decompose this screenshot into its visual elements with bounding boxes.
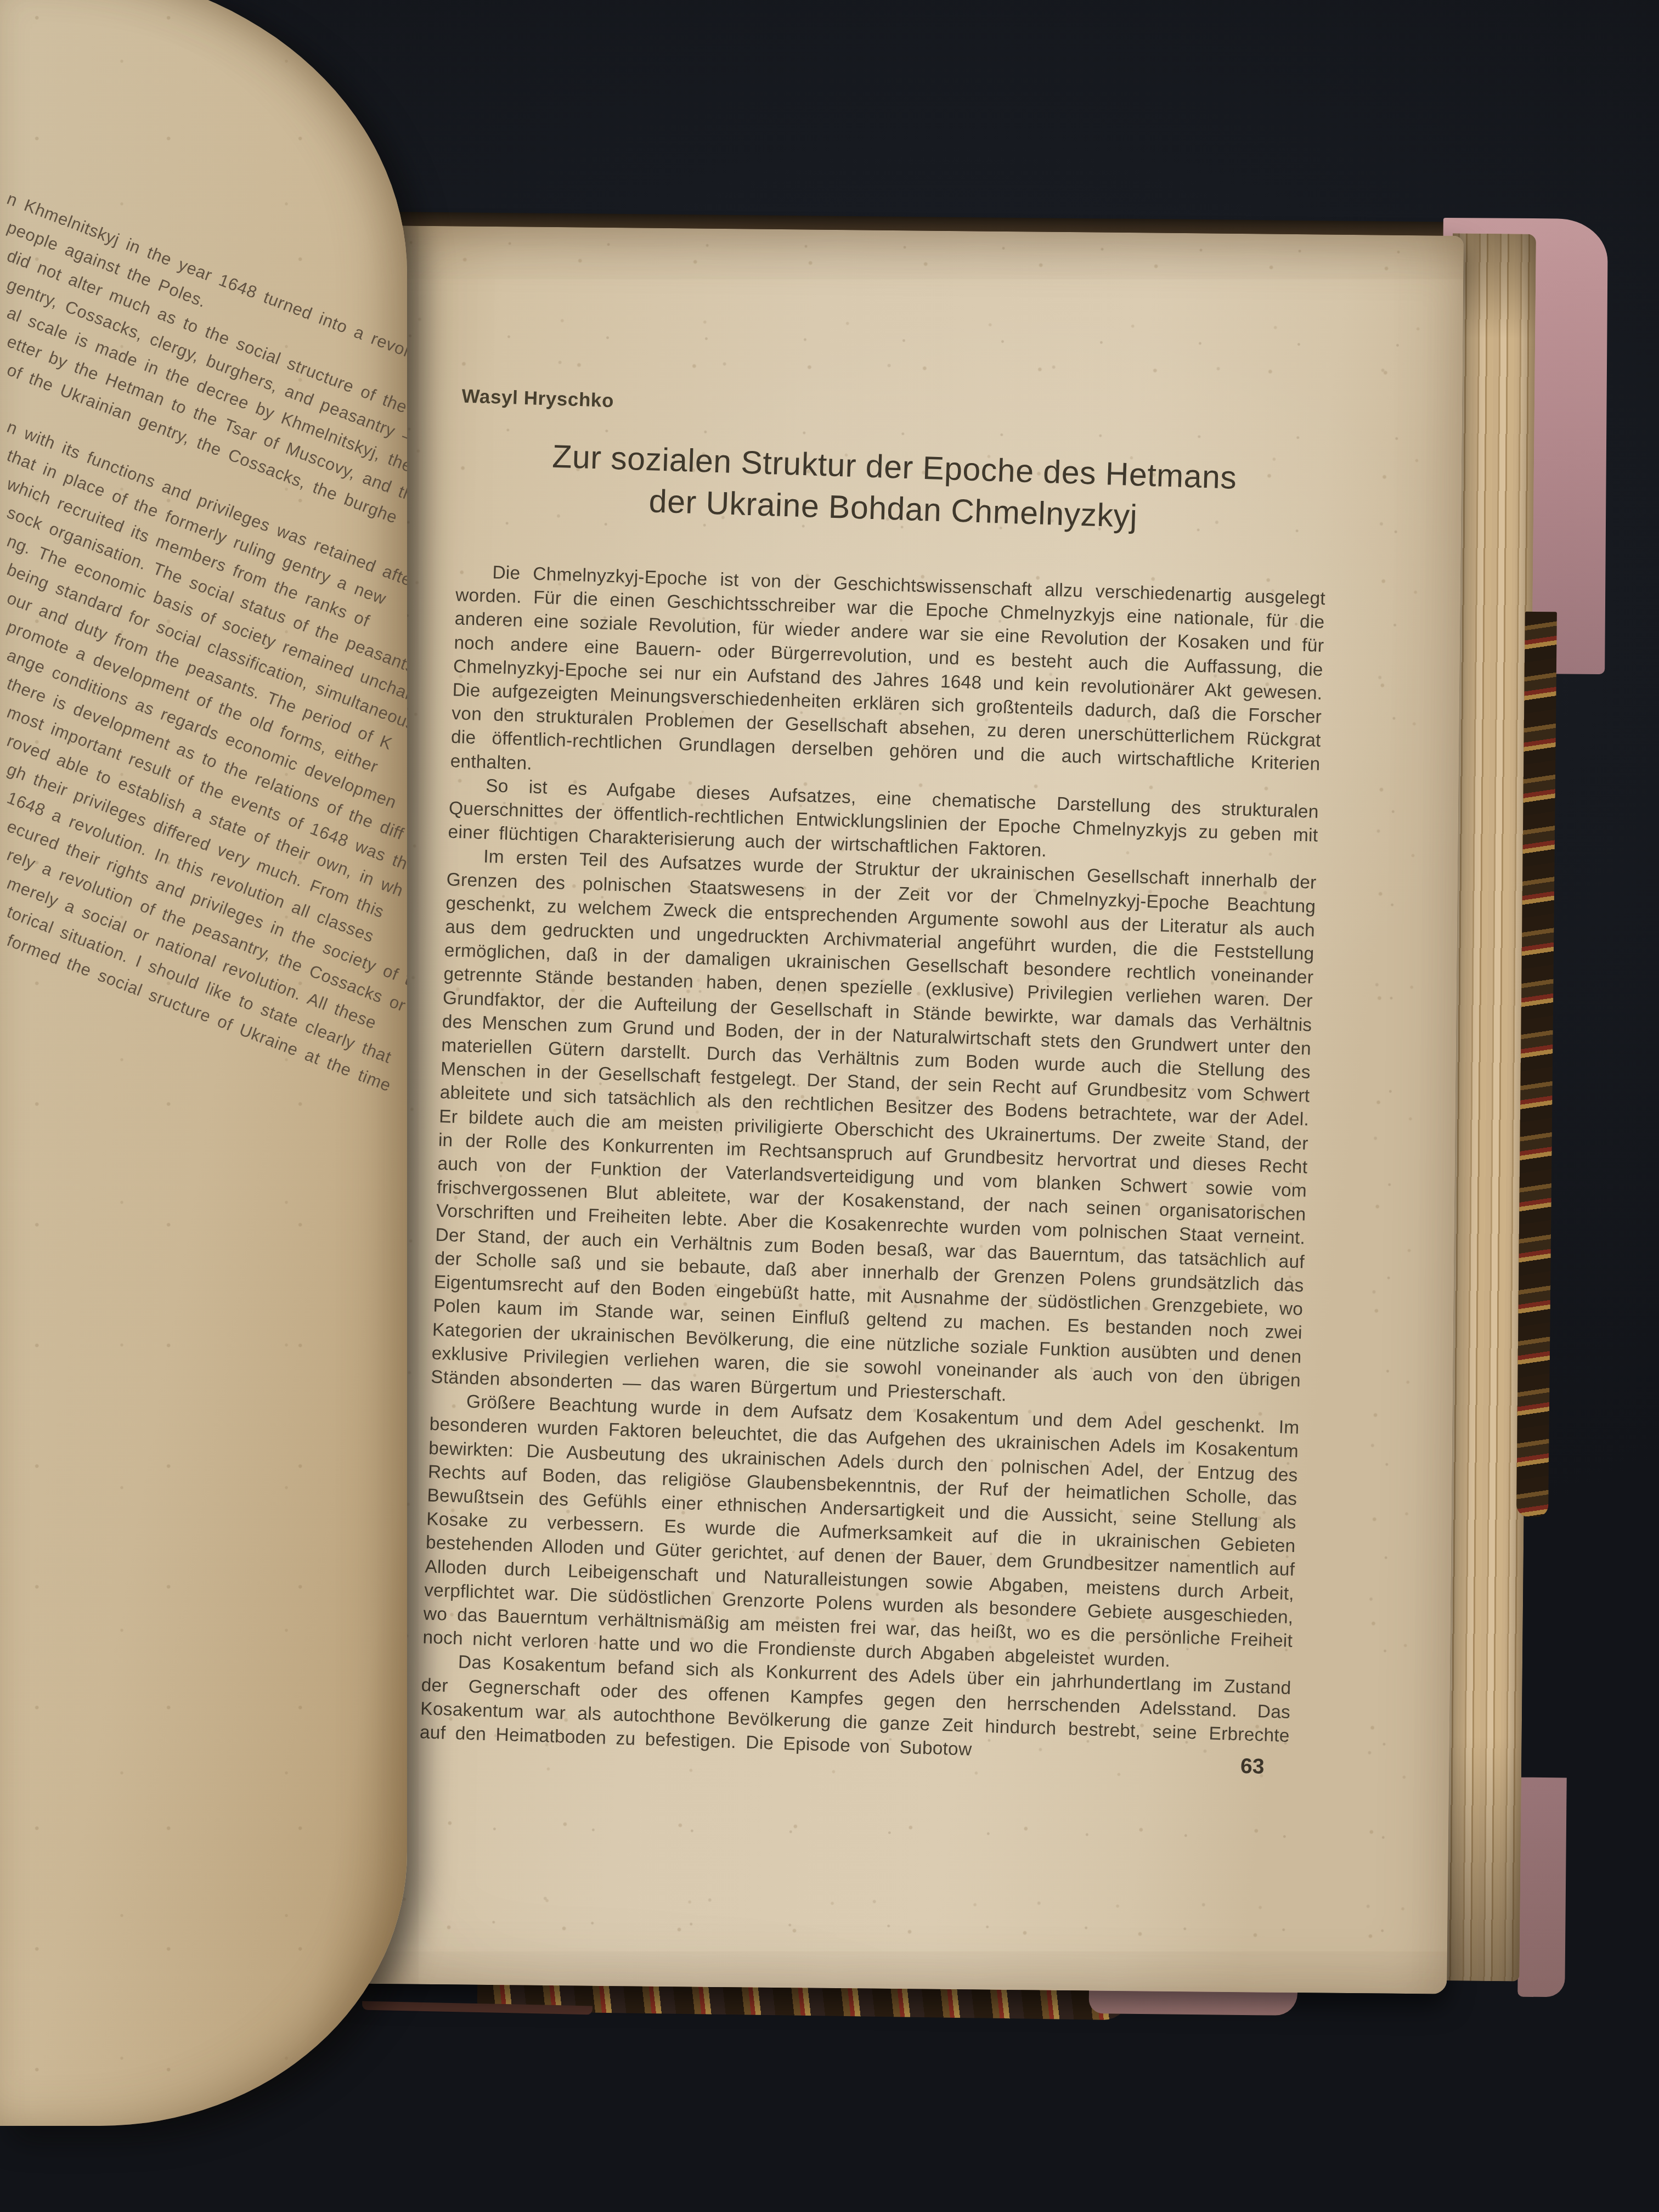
left-page-text-line: al scale is made in the decree by Khmeln… xyxy=(3,299,33,334)
body-paragraph: Im ersten Teil des Aufsatzes wurde der S… xyxy=(431,844,1317,1416)
left-page-turning: n Khmelnitskyj in the year 1648 turned i… xyxy=(0,0,407,2126)
left-page-text-line: sock organisation. The social status of … xyxy=(3,499,33,533)
book-photo-scene: Wasyl Hryschko Zur sozialen Struktur der… xyxy=(0,0,1659,2212)
left-page-text-line: gentry, Cossacks, clergy, burghers, and … xyxy=(3,270,33,305)
left-page-text-line: of the Ukrainian gentry, the Cossacks, t… xyxy=(3,356,33,391)
left-page-text-line: ecured their rights and privileges in th… xyxy=(3,812,33,847)
body-paragraph: Die Chmelnyzkyj-Epoche ist von der Gesch… xyxy=(450,560,1325,800)
left-page-text-line: rely a revolution of the peasantry, the … xyxy=(3,841,33,876)
left-page-text-line: roved able to establish a state of their… xyxy=(3,727,33,761)
left-page-text-line: ng. The economic basis of society remain… xyxy=(3,527,33,562)
left-page-text-line: promote a development of the old forms, … xyxy=(3,613,33,647)
left-page-text-line: most important result of the events of 1… xyxy=(3,698,33,733)
left-page-text-line xyxy=(3,385,33,419)
left-page-text-line: etter by the Hetman to the Tsar of Musco… xyxy=(3,328,33,362)
body-paragraph: Größere Beachtung wurde in dem Aufsatz d… xyxy=(422,1389,1300,1677)
cover-pink-edge-lower xyxy=(1517,1778,1566,1997)
left-page-text-line: torical situation. I should like to stat… xyxy=(3,898,33,933)
left-page-text-line: people against the Poles. xyxy=(3,213,33,248)
left-page-text: n Khmelnitskyj in the year 1648 turned i… xyxy=(8,184,30,954)
left-page-text-line: n Khmelnitskyj in the year 1648 turned i… xyxy=(3,185,33,219)
article-body: Die Chmelnyzkyj-Epoche ist von der Gesch… xyxy=(419,560,1325,1771)
left-page-text-line: ange conditions as regards economic deve… xyxy=(3,641,33,676)
article-title: Zur sozialen Struktur der Epoche des Het… xyxy=(458,432,1330,543)
article-author: Wasyl Hryschko xyxy=(461,385,1331,435)
left-page-text-line: formed the social sructure of Ukraine at… xyxy=(3,927,33,961)
article-text-block: Wasyl Hryschko Zur sozialen Struktur der… xyxy=(419,385,1331,1771)
left-page-text-line: merely a social or national revolution. … xyxy=(3,870,33,904)
left-page-text-line: gh their privileges differed very much. … xyxy=(3,755,33,790)
left-page-text-line: which recruited its members from the ran… xyxy=(3,470,33,505)
page-number: 63 xyxy=(1240,1754,1265,1779)
left-page-text-line: 1648 a revolution. In this revolution al… xyxy=(3,784,33,819)
left-page-text-line: our and duty from the peasants. The peri… xyxy=(3,584,33,619)
right-page: Wasyl Hryschko Zur sozialen Struktur der… xyxy=(312,225,1464,1994)
left-page-text-line: there is development as to the relations… xyxy=(3,670,33,704)
left-page-text-line: that in place of the formerly ruling gen… xyxy=(3,442,33,476)
left-page-text-line: did not alter much as to the social stru… xyxy=(3,242,33,276)
left-page-text-line: being standard for social classification… xyxy=(3,556,33,590)
left-page-text-line: n with its functions and privileges was … xyxy=(3,413,33,448)
